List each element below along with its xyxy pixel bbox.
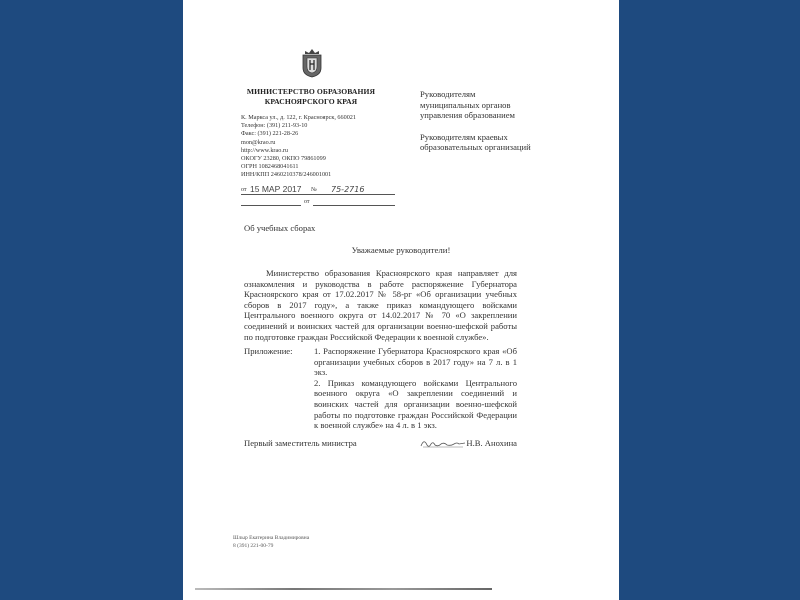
ministry-line2: КРАСНОЯРСКОГО КРАЯ [231, 97, 391, 107]
appendix-block: Приложение: 1. Распоряжение Губернатора … [244, 346, 517, 431]
document-page: МИНИСТЕРСТВО ОБРАЗОВАНИЯ КРАСНОЯРСКОГО К… [183, 0, 619, 600]
ministry-name: МИНИСТЕРСТВО ОБРАЗОВАНИЯ КРАСНОЯРСКОГО К… [231, 87, 391, 107]
contact-line: ОГРН 1082468041611 [241, 163, 356, 171]
contact-line: Факс: (391) 221-28-26 [241, 130, 356, 138]
appendix-item: 2. Приказ командующего войсками Централь… [314, 378, 517, 431]
contact-line: ИНН/КПП 2460210378/246001001 [241, 171, 356, 179]
signatory-title: Первый заместитель министра [244, 438, 357, 448]
recipient-line: управления образованием [420, 110, 531, 121]
contact-details: К. Маркса ул., д. 122, г. Красноярск, 66… [241, 114, 356, 180]
executor-phone: 8 (391) 221-00-79 [233, 543, 309, 551]
reference-number-line [241, 205, 301, 206]
contact-line: Телефон: (391) 211-93-10 [241, 122, 356, 130]
coat-of-arms-icon [301, 48, 323, 78]
contact-line: http://www.krao.ru [241, 147, 356, 155]
contact-line: ОКОГУ 23280, ОКПО 79861099 [241, 155, 356, 163]
recipient-line: Руководителям [420, 89, 531, 100]
handwritten-signature-icon [419, 436, 467, 450]
signatory-name: Н.В. Анохина [466, 438, 517, 448]
appendix-item: 1. Распоряжение Губернатора Красноярског… [314, 346, 517, 378]
registration-line: от 15 МАР 2017 № 75-2716 [241, 182, 395, 195]
date-label: от [241, 187, 247, 193]
letter-subject: Об учебных сборах [244, 223, 315, 233]
body-paragraph: Министерство образования Красноярского к… [244, 268, 517, 342]
reference-date-label: от [304, 199, 310, 205]
executor-info: Шлыр Екатерина Владимировна 8 (391) 221-… [233, 535, 309, 550]
contact-line: mon@krao.ru [241, 139, 356, 147]
registration-number: 75-2716 [331, 185, 364, 194]
recipients-block: Руководителям муниципальных органов упра… [420, 89, 531, 153]
letter-body: Министерство образования Красноярского к… [244, 268, 517, 342]
salutation: Уважаемые руководители! [183, 245, 619, 255]
executor-name: Шлыр Екатерина Владимировна [233, 535, 309, 543]
recipient-line: Руководителям краевых [420, 132, 531, 143]
ministry-line1: МИНИСТЕРСТВО ОБРАЗОВАНИЯ [231, 87, 391, 97]
registration-date: 15 МАР 2017 [250, 184, 302, 194]
recipient-line: муниципальных органов [420, 100, 531, 111]
number-label: № [311, 187, 317, 193]
appendix-label: Приложение: [244, 346, 314, 431]
scan-edge-line [195, 588, 492, 590]
contact-line: К. Маркса ул., д. 122, г. Красноярск, 66… [241, 114, 356, 122]
recipient-line: образовательных организаций [420, 142, 531, 153]
reference-date-line [313, 205, 395, 206]
